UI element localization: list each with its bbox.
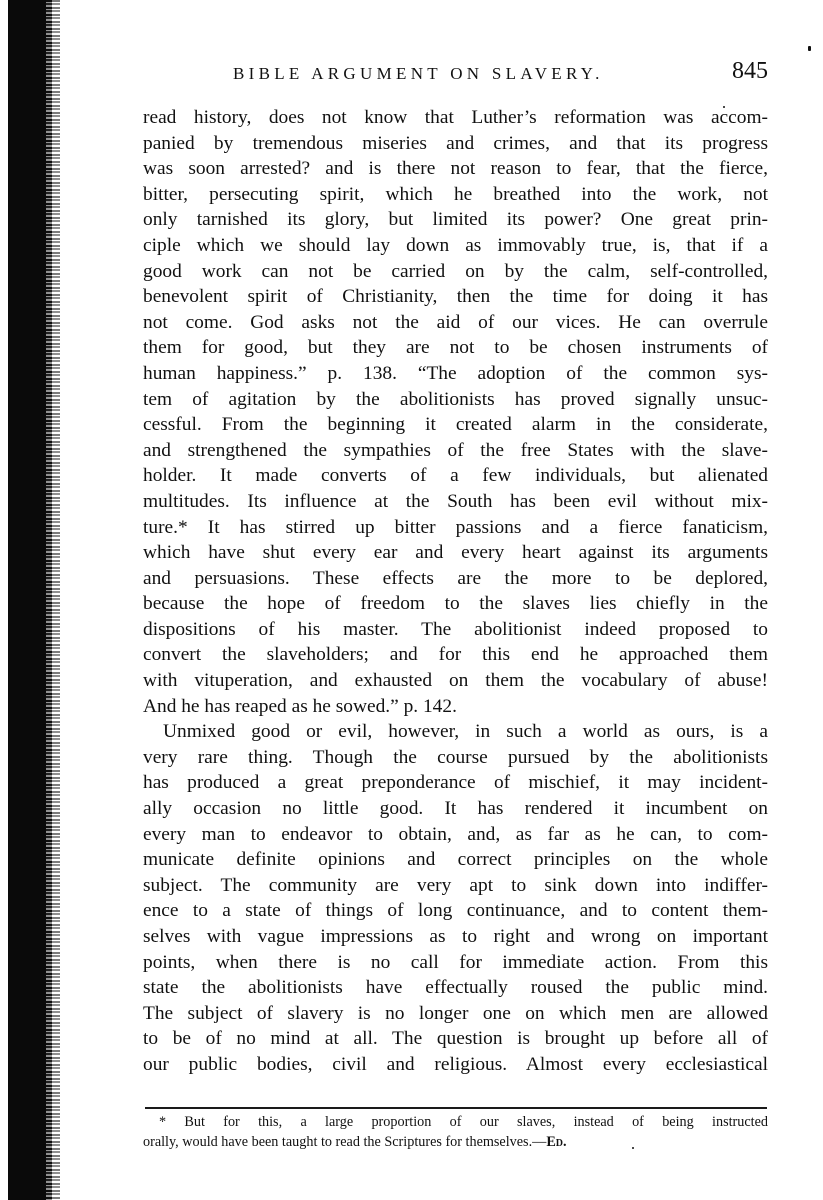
text-line: very rare thing. Though the course pursu… — [143, 745, 768, 771]
text-line: holder. It made converts of a few indivi… — [143, 463, 768, 489]
book-binding-fringe — [46, 0, 60, 1200]
text-line: tem of agitation by the abolitionists ha… — [143, 387, 768, 413]
text-line: panied by tremendous miseries and crimes… — [143, 131, 768, 157]
text-line: ally occasion no little good. It has ren… — [143, 796, 768, 822]
text-line: ciple which we should lay down as immova… — [143, 233, 768, 259]
text-line: was soon arrested? and is there not reas… — [143, 156, 768, 182]
editor-signature: Ed. — [546, 1134, 566, 1150]
text-line: municate definite opinions and correct p… — [143, 847, 768, 873]
running-title: BIBLE ARGUMENT ON SLAVERY. — [233, 64, 604, 84]
text-line: state the abolitionists have effectually… — [143, 975, 768, 1001]
paragraph-start-line: Unmixed good or evil, however, in such a… — [143, 719, 768, 745]
text-line: subject. The community are very apt to s… — [143, 873, 768, 899]
text-line: not come. God asks not the aid of our vi… — [143, 310, 768, 336]
paragraph-end-line: And he has reaped as he sowed.” p. 142. — [143, 694, 768, 720]
text-line: benevolent spirit of Christianity, then … — [143, 284, 768, 310]
text-line: human happiness.” p. 138. “The adoption … — [143, 361, 768, 387]
text-line: bitter, persecuting spirit, which he bre… — [143, 182, 768, 208]
text-line: cessful. From the beginning it created a… — [143, 412, 768, 438]
text-line: read history, does not know that Luther’… — [143, 105, 768, 131]
text-line: only tarnished its glory, but limited it… — [143, 207, 768, 233]
text-line: because the hope of freedom to the slave… — [143, 591, 768, 617]
text-line: good work can not be carried on by the c… — [143, 259, 768, 285]
text-line: ture.* It has stirred up bitter passions… — [143, 515, 768, 541]
body-text: read history, does not know that Luther’… — [143, 105, 768, 1078]
text-line: every man to endeavor to obtain, and, as… — [143, 822, 768, 848]
running-head: BIBLE ARGUMENT ON SLAVERY. 845 — [143, 58, 768, 94]
text-line: ence to a state of things of long contin… — [143, 898, 768, 924]
text-line: has produced a great preponderance of mi… — [143, 770, 768, 796]
text-line: and strengthened the sympathies of the f… — [143, 438, 768, 464]
footnote-line: * But for this, a large proportion of ou… — [143, 1112, 768, 1132]
text-line: dispositions of his master. The abolitio… — [143, 617, 768, 643]
text-line: which have shut every ear and every hear… — [143, 540, 768, 566]
text-line: to be of no mind at all. The question is… — [143, 1026, 768, 1052]
text-line: The subject of slavery is no longer one … — [143, 1001, 768, 1027]
text-line: with vituperation, and exhausted on them… — [143, 668, 768, 694]
footnote-text: orally, would have been taught to read t… — [143, 1134, 546, 1150]
footnote-divider — [145, 1107, 767, 1109]
scan-speck — [808, 46, 811, 51]
page-number: 845 — [732, 58, 768, 85]
footnote: * But for this, a large proportion of ou… — [143, 1112, 768, 1152]
text-line: them for good, but they are not to be ch… — [143, 335, 768, 361]
footnote-line: orally, would have been taught to read t… — [143, 1132, 768, 1152]
text-line: points, when there is no call for immedi… — [143, 950, 768, 976]
text-line: multitudes. Its influence at the South h… — [143, 489, 768, 515]
text-line: our public bodies, civil and religious. … — [143, 1052, 768, 1078]
text-line: convert the slaveholders; and for this e… — [143, 642, 768, 668]
text-line: selves with vague impressions as to righ… — [143, 924, 768, 950]
text-line: and persuasions. These effects are the m… — [143, 566, 768, 592]
